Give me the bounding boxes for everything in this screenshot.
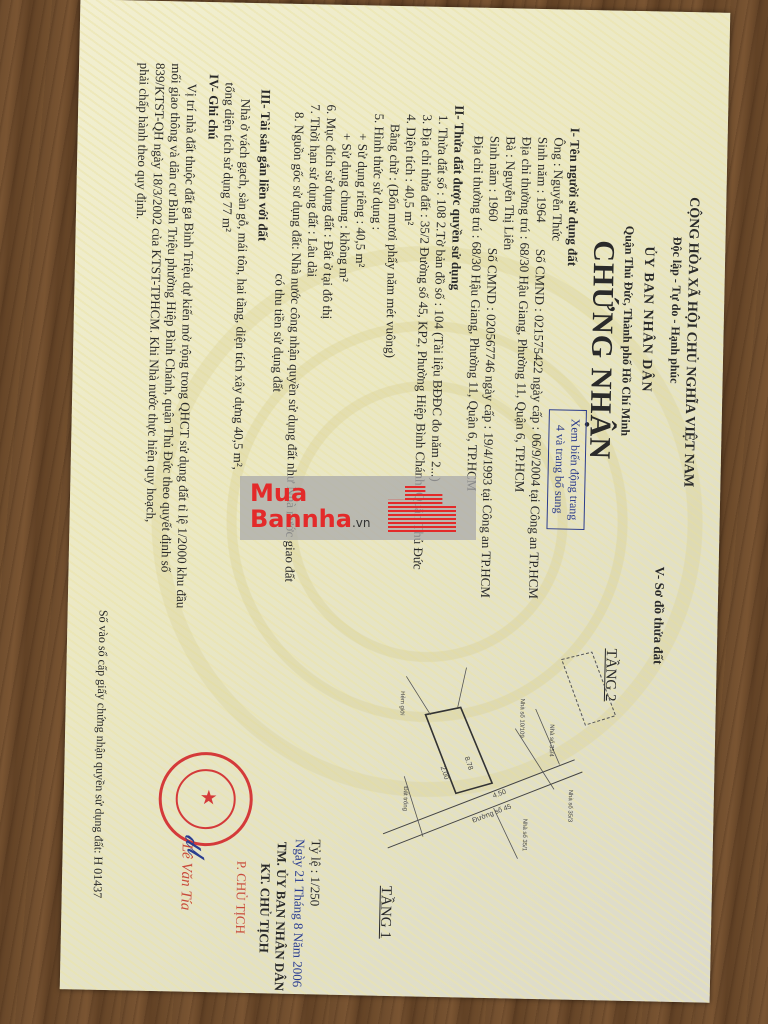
- issuer: ỦY BAN NHÂN DÂN: [637, 246, 657, 393]
- deputy-title: P. CHỦ TỊCH: [232, 861, 251, 934]
- section3-heading: III- Tài sản gắn liền với đất: [254, 89, 274, 241]
- muabannha-watermark: Mua Bannha.vn: [240, 476, 476, 540]
- svg-text:Đất trống: Đất trống: [402, 786, 409, 811]
- section4-heading: IV- Ghi chú: [205, 74, 223, 140]
- signing-role: KT. CHỦ TỊCH: [256, 863, 275, 953]
- stamp-line-1: Xem biến động trang: [566, 419, 583, 521]
- supplement-stamp: Xem biến động trang 4 và trang bổ sung: [546, 409, 586, 529]
- watermark-line-2: Bannha: [250, 505, 352, 533]
- document-title: CHỨNG NHẬN: [582, 240, 621, 460]
- motto: Độc lập - Tự do - Hạnh phúc: [666, 237, 686, 384]
- building-logo-icon: [388, 486, 456, 532]
- official-red-seal: ★: [158, 751, 254, 847]
- svg-text:4.50: 4.50: [492, 789, 507, 800]
- section5-heading: V- Sơ đồ thửa đất: [650, 566, 669, 664]
- stamp-line-2: 4 và trang bổ sung: [551, 418, 568, 520]
- issue-date: Ngày 21 Tháng 8 Năm 2006: [289, 839, 309, 987]
- land-origin-cont: có thu tiền sử dụng đất: [269, 273, 288, 392]
- svg-text:Hẻm giới: Hẻm giới: [399, 691, 406, 715]
- svg-text:8.78: 8.78: [463, 756, 474, 771]
- svg-text:2.00: 2.00: [439, 765, 450, 780]
- svg-text:Nhà số 35/4: Nhà số 35/4: [548, 724, 555, 757]
- handwritten-signature: 𝓭𝓵: [179, 832, 207, 857]
- star-icon: ★: [199, 785, 217, 810]
- svg-text:Nhà số 35/1: Nhà số 35/1: [521, 819, 528, 852]
- svg-text:Nhà số 10/109: Nhà số 10/109: [518, 699, 525, 739]
- watermark-suffix: .vn: [352, 516, 371, 530]
- owner1-name: Ông : Nguyễn Thức: [548, 137, 567, 241]
- floor1-label: TẦNG 1: [376, 886, 394, 939]
- note-line-4: phải chấp hành theo quy định.: [133, 62, 153, 219]
- map-scale: Tỷ lệ : 1/250: [306, 839, 324, 906]
- registry-number: Số vào sổ cấp giấy chứng nhận quyền sử d…: [89, 610, 112, 899]
- owner2-birth: Sinh năm : 1960: [485, 136, 504, 222]
- owner1-birth: Sinh năm : 1964: [533, 137, 552, 223]
- usage-form: 5. Hình thức sử dụng :: [369, 113, 388, 230]
- watermark-line-1: Mua: [250, 480, 370, 506]
- svg-text:Nhà số 35/3: Nhà số 35/3: [566, 790, 573, 823]
- land-plot-diagram: 8.78 2.00 4.50 Đường số 45 Nhà số 10/109…: [342, 635, 647, 871]
